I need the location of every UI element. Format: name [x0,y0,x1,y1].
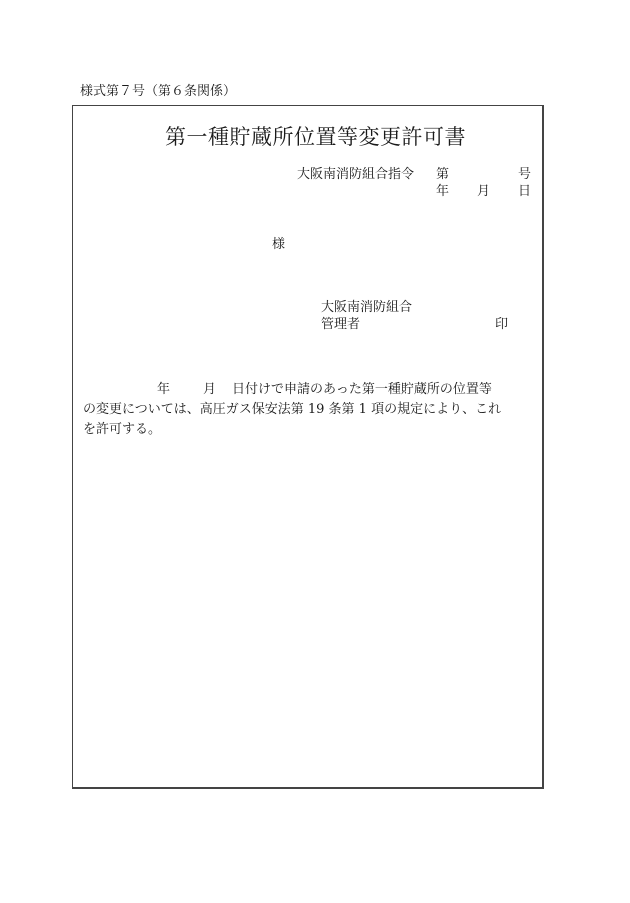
signer-title: 管理者 [321,313,360,332]
issuing-authority: 大阪南消防組合指令 [297,163,414,182]
body-year: 年 [157,380,170,400]
body-month: 月 [203,380,216,400]
document-title: 第一種貯蔵所位置等変更許可書 [165,121,466,151]
permission-body: 年 月 日付けで申請のあった第一種貯蔵所の位置等 の変更については、高圧ガス保安… [86,380,538,440]
document-frame [72,105,544,789]
body-line3: を許可する。 [83,420,538,440]
addressee-suffix: 様 [272,233,285,252]
form-number-label: 様式第７号（第６条関係） [80,80,236,99]
date-year: 年 [436,180,449,199]
seal-mark: 印 [495,313,508,332]
body-line2: の変更については、高圧ガス保安法第 19 条第 1 項の規定により、これ [83,400,538,420]
body-line1: 日付けで申請のあった第一種貯蔵所の位置等 [232,380,492,400]
date-day: 日 [518,180,531,199]
date-month: 月 [477,180,490,199]
